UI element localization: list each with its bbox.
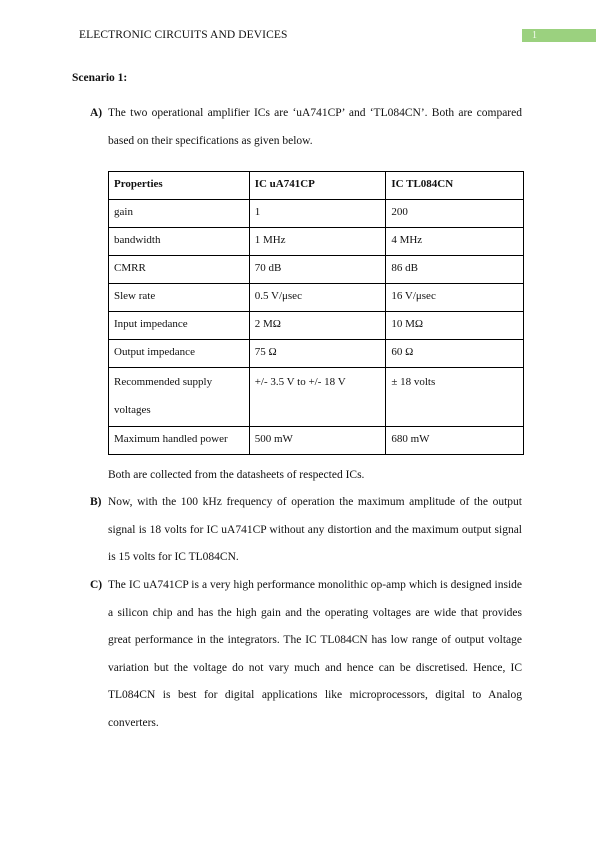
table-cell: 680 mW [386, 427, 524, 455]
table-row: Output impedance 75 Ω 60 Ω [109, 340, 524, 368]
section-a: A) The two operational amplifier ICs are… [90, 100, 522, 155]
table-cell: 1 MHz [249, 228, 386, 256]
table-cell: +/- 3.5 V to +/- 18 V [249, 368, 386, 427]
table-cell: 16 V/μsec [386, 284, 524, 312]
section-b: B) Now, with the 100 kHz frequency of op… [90, 489, 522, 572]
scenario-heading: Scenario 1: [72, 72, 127, 84]
table-row: bandwidth 1 MHz 4 MHz [109, 228, 524, 256]
section-c-marker: C) [90, 572, 102, 600]
table-cell: Input impedance [109, 312, 250, 340]
table-cell: 0.5 V/μsec [249, 284, 386, 312]
table-cell: CMRR [109, 256, 250, 284]
spec-comparison-table: Properties IC uA741CP IC TL084CN gain 1 … [108, 171, 524, 455]
table-cell: 60 Ω [386, 340, 524, 368]
section-b-text: Now, with the 100 kHz frequency of opera… [108, 489, 522, 572]
table-cell: Maximum handled power [109, 427, 250, 455]
table-cell: 200 [386, 200, 524, 228]
table-cell: 10 MΩ [386, 312, 524, 340]
table-cell: 1 [249, 200, 386, 228]
table-row: Slew rate 0.5 V/μsec 16 V/μsec [109, 284, 524, 312]
section-c: C) The IC uA741CP is a very high perform… [90, 572, 522, 737]
table-header-cell: Properties [109, 172, 250, 200]
table-cell: Slew rate [109, 284, 250, 312]
table-cell: 86 dB [386, 256, 524, 284]
table-row: CMRR 70 dB 86 dB [109, 256, 524, 284]
table-header-cell: IC uA741CP [249, 172, 386, 200]
table-note: Both are collected from the datasheets o… [108, 462, 364, 490]
table-cell: gain [109, 200, 250, 228]
page-number-badge: 1 [522, 29, 596, 42]
section-a-marker: A) [90, 100, 102, 128]
table-cell: Output impedance [109, 340, 250, 368]
table-cell: 2 MΩ [249, 312, 386, 340]
table-cell: 70 dB [249, 256, 386, 284]
section-a-text: The two operational amplifier ICs are ‘u… [108, 100, 522, 155]
table-row: gain 1 200 [109, 200, 524, 228]
table-cell: 500 mW [249, 427, 386, 455]
table-cell: bandwidth [109, 228, 250, 256]
table-header-cell: IC TL084CN [386, 172, 524, 200]
table-cell: ± 18 volts [386, 368, 524, 427]
header-title: ELECTRONIC CIRCUITS AND DEVICES [79, 29, 288, 41]
section-c-text: The IC uA741CP is a very high performanc… [108, 572, 522, 737]
table-cell: 4 MHz [386, 228, 524, 256]
table-row: Input impedance 2 MΩ 10 MΩ [109, 312, 524, 340]
table-row: Recommended supply voltages +/- 3.5 V to… [109, 368, 524, 427]
table-row: Maximum handled power 500 mW 680 mW [109, 427, 524, 455]
table-cell: 75 Ω [249, 340, 386, 368]
section-b-marker: B) [90, 489, 102, 517]
table-cell: Recommended supply voltages [109, 368, 250, 427]
table-header-row: Properties IC uA741CP IC TL084CN [109, 172, 524, 200]
